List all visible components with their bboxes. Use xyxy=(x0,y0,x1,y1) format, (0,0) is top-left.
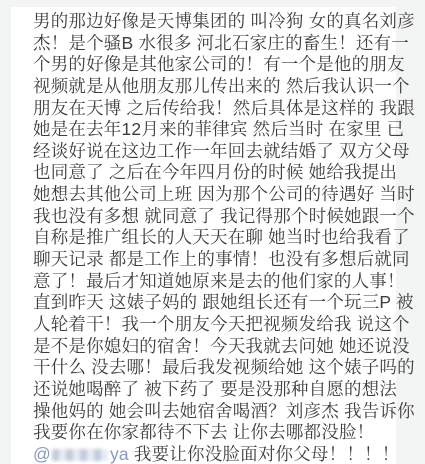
mention-at-symbol: @ xyxy=(33,444,51,464)
post-line: 操他妈的 她会叫去她宿舍喝酒？刘彦杰 我告诉你 xyxy=(33,401,395,423)
post-card: 男的那边好像是天博集团的 叫冷狗 女的真名刘彦杰！是个骚B 水很多 河北石家庄的… xyxy=(11,7,396,464)
post-line: 经谈好说在这边工作一年回去就结婚了 双方父母 xyxy=(33,141,395,163)
post-line: 直到昨天 这婊子妈的 跟她组长还有一个玩三P 被 xyxy=(33,292,395,314)
post-line: 意了！最后才知道她原来是去的他们家的人事！ xyxy=(33,271,395,293)
post-line: 自称是推广组长的人天天在聊 她当时也给我看了 xyxy=(33,227,395,249)
post-line: 人轮着干！我一个朋友今天把视频发给我 说这个 xyxy=(33,314,395,336)
user-mention-link[interactable]: @ya xyxy=(33,444,129,464)
final-statement: 我要让你没脸面对你父母！！！！ xyxy=(129,444,400,464)
post-line: 男的那边好像是天博集团的 叫冷狗 女的真名刘彦 xyxy=(33,11,395,33)
post-line-mention: @ya 我要让你没脸面对你父母！！！！ xyxy=(33,444,395,464)
post-line: 还说她喝醉了 被下药了 要是没那种自愿的想法 xyxy=(33,379,395,401)
page-background: 男的那边好像是天博集团的 叫冷狗 女的真名刘彦杰！是个骚B 水很多 河北石家庄的… xyxy=(0,0,425,464)
post-line: 个男的好像是其他家公司的！有一个是他的朋友 xyxy=(33,54,395,76)
post-line: 她想去其他公司上班 因为那个公司的待遇好 当时 xyxy=(33,184,395,206)
post-line: 她是在去年12月来的菲律宾 然后当时 在家里 已 xyxy=(33,119,395,141)
post-line: 是不是你媳妇的宿舍！今天我就去问她 她还说没 xyxy=(33,336,395,358)
post-line: 杰！是个骚B 水很多 河北石家庄的畜生！还有一 xyxy=(33,33,395,55)
post-line: 也同意了 之后在今年四月份的时候 她给我提出 xyxy=(33,162,395,184)
post-line: 视频就是从他朋友那儿传出来的 然后我认识一个 xyxy=(33,76,395,98)
post-line: 聊天记录 都是工作上的事情！也没有多想后就同 xyxy=(33,249,395,271)
post-line: 朋友在天博 之后传给我！然后具体是这样的 我跟 xyxy=(33,98,395,120)
post-line: 干什么 没去哪！最后我发视频给她 这个婊子吗的 xyxy=(33,357,395,379)
post-text: 男的那边好像是天博集团的 叫冷狗 女的真名刘彦杰！是个骚B 水很多 河北石家庄的… xyxy=(11,7,395,464)
censored-username xyxy=(52,449,108,461)
mention-visible-suffix: ya xyxy=(110,444,129,464)
post-line: 我要你在你家都待不下去 让你去哪都没脸！ xyxy=(33,422,395,444)
post-line: 我也没有多想 就同意了 我记得那个时候她跟一个 xyxy=(33,206,395,228)
